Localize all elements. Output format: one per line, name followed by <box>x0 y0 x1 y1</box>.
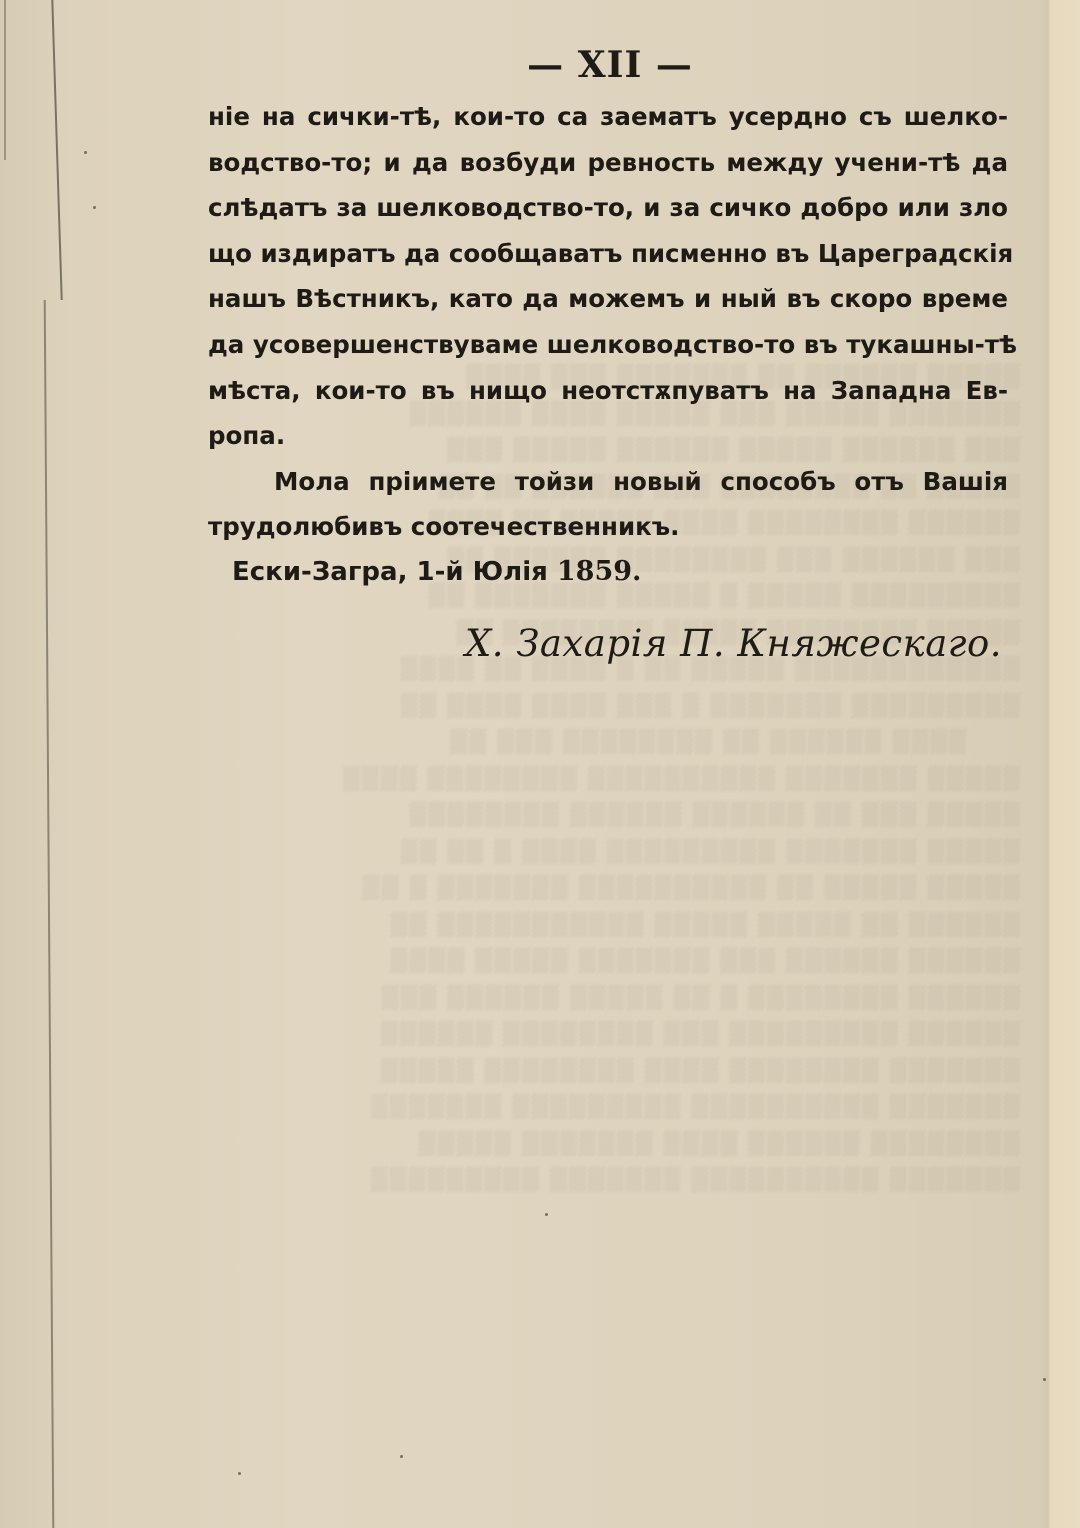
text-line: ніе на сички-тѣ, кои-то са заематъ усерд… <box>208 94 1008 140</box>
paper-speck <box>84 151 87 154</box>
paper-speck <box>238 1472 241 1475</box>
paper-speck <box>400 1455 403 1458</box>
author-signature: Х. Захарія П. Княжескаго. <box>465 622 1002 665</box>
paragraph-1: ніе на сички-тѣ, кои-то са заематъ усерд… <box>208 94 1008 459</box>
body-text: ніе на сички-тѣ, кои-то са заематъ усерд… <box>208 94 1008 550</box>
text-line: трудолюбивъ соотечественникъ. <box>208 504 1008 550</box>
page-fold-line <box>44 300 55 1528</box>
paper-speck <box>93 206 96 209</box>
text-line: мѣста, кои-то въ нищо неотстѫпуватъ на З… <box>208 368 1008 414</box>
text-line: Мола пріимете тойзи новый способъ отъ Ва… <box>208 459 1008 505</box>
dateline-year: 1859. <box>557 556 642 587</box>
text-line: слѣдатъ за шелководство-то, и за сичко д… <box>208 185 1008 231</box>
dateline: Ески-Загра, 1-й Юлія 1859. <box>232 556 641 587</box>
text-line: ропа. <box>208 413 1008 459</box>
text-line: що издиратъ да сообщаватъ писменно въ Ца… <box>208 231 1008 277</box>
scanned-page: ▒▒▒▒▒ ▒▒▒▒▒▒ ▒▒ ▒▒▒▒▒▒▒ ▒▒▒ ▒▒▒▒ ▒▒▒▒▒▒▒… <box>0 0 1080 1528</box>
text-line: нашъ Вѣстникъ, като да можемъ и ный въ с… <box>208 276 1008 322</box>
paragraph-2: Мола пріимете тойзи новый способъ отъ Ва… <box>208 459 1008 550</box>
text-line: да усовершенствуваме шелководство-то въ … <box>208 322 1008 368</box>
text-line: водство-то; и да возбуди ревность между … <box>208 140 1008 186</box>
dateline-place-date: Ески-Загра, 1-й Юлія <box>232 557 557 587</box>
paper-speck <box>1043 1378 1046 1381</box>
paper-speck <box>545 1213 548 1216</box>
page-number-header: — XII — <box>0 44 1080 86</box>
